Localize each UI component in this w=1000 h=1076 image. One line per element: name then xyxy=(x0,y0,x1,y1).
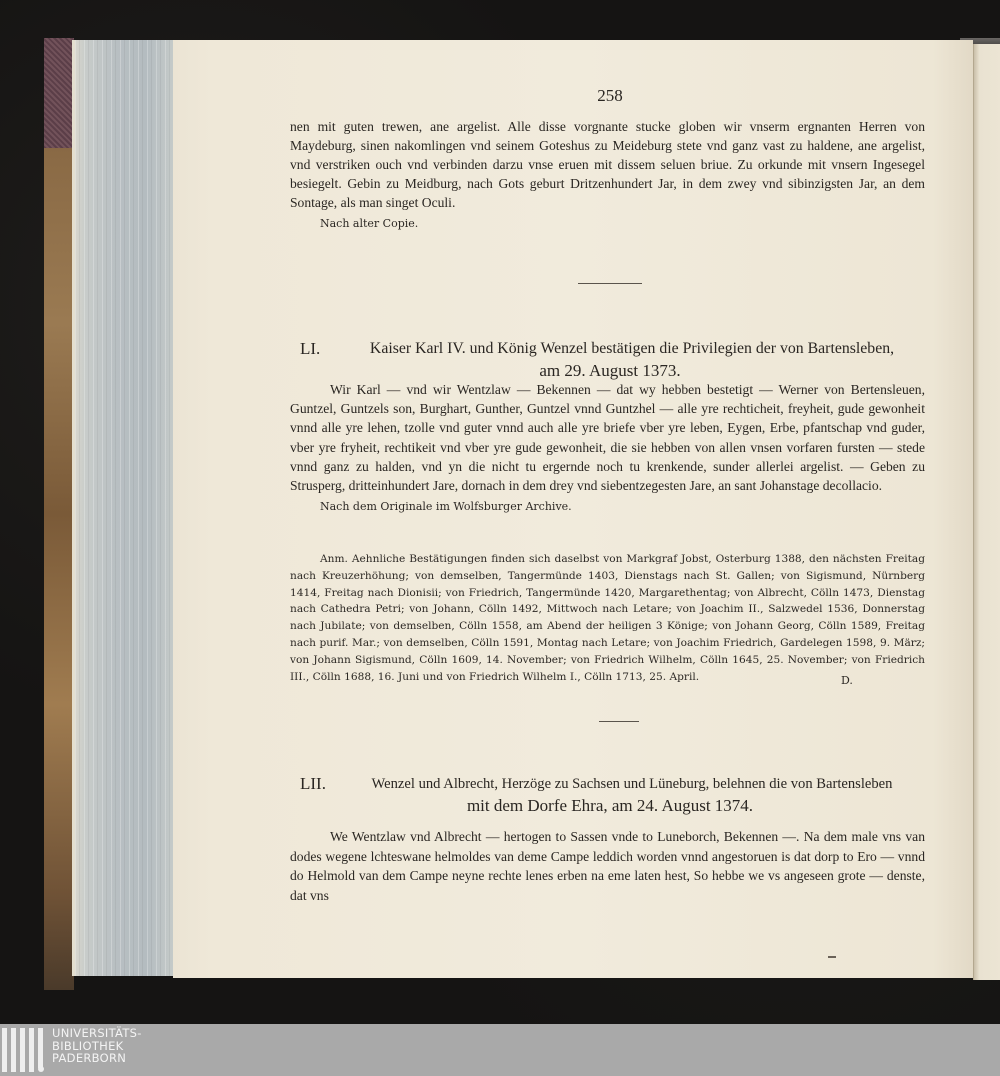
section-heading-52: LII. Wenzel und Albrecht, Herzöge zu Sac… xyxy=(300,773,920,817)
editor-signature: D. xyxy=(841,674,853,687)
library-logo-bar xyxy=(0,1024,1000,1076)
source-citation: Nach alter Copie. xyxy=(290,214,925,233)
note-text: Anm. Aehnliche Bestätigungen finden sich… xyxy=(290,551,925,685)
continuation-paragraph: nen mit guten trewen, ane argelist. Alle… xyxy=(290,117,925,233)
section-heading-51: LI. Kaiser Karl IV. und König Wenzel bes… xyxy=(300,338,920,382)
section-number: LI. xyxy=(300,338,320,360)
page-number: 258 xyxy=(560,86,660,106)
section-divider xyxy=(578,283,642,284)
library-logo-text: UNIVERSITÄTS- BIBLIOTHEK PADERBORN xyxy=(52,1027,142,1065)
page-stack-edges xyxy=(72,40,177,976)
logo-line: PADERBORN xyxy=(52,1052,142,1065)
page-mark xyxy=(828,956,836,958)
section-title-line1: Wenzel und Albrecht, Herzöge zu Sachsen … xyxy=(300,773,920,795)
book-cover-marbled xyxy=(44,38,74,990)
charter-text: We Wentzlaw vnd Albrecht — hertogen to S… xyxy=(290,827,925,905)
annotation-note: Anm. Aehnliche Bestätigungen finden sich… xyxy=(290,551,925,685)
source-citation: Nach dem Originale im Wolfsburger Archiv… xyxy=(290,497,925,516)
logo-line: UNIVERSITÄTS- xyxy=(52,1027,142,1040)
paragraph-text: nen mit guten trewen, ane argelist. Alle… xyxy=(290,117,925,212)
section-number: LII. xyxy=(300,773,326,795)
section-title-line2: am 29. August 1373. xyxy=(300,360,920,382)
section-title-line2: mit dem Dorfe Ehra, am 24. August 1374. xyxy=(300,795,920,817)
section-52-body: We Wentzlaw vnd Albrecht — hertogen to S… xyxy=(290,827,925,905)
section-divider xyxy=(599,721,639,722)
section-51-body: Wir Karl — vnd wir Wentzlaw — Bekennen —… xyxy=(290,380,925,516)
charter-text: Wir Karl — vnd wir Wentzlaw — Bekennen —… xyxy=(290,380,925,495)
facing-page-edge xyxy=(973,44,1000,980)
section-title-line1: Kaiser Karl IV. und König Wenzel bestäti… xyxy=(300,338,920,360)
logo-dot-icon xyxy=(38,1066,44,1072)
